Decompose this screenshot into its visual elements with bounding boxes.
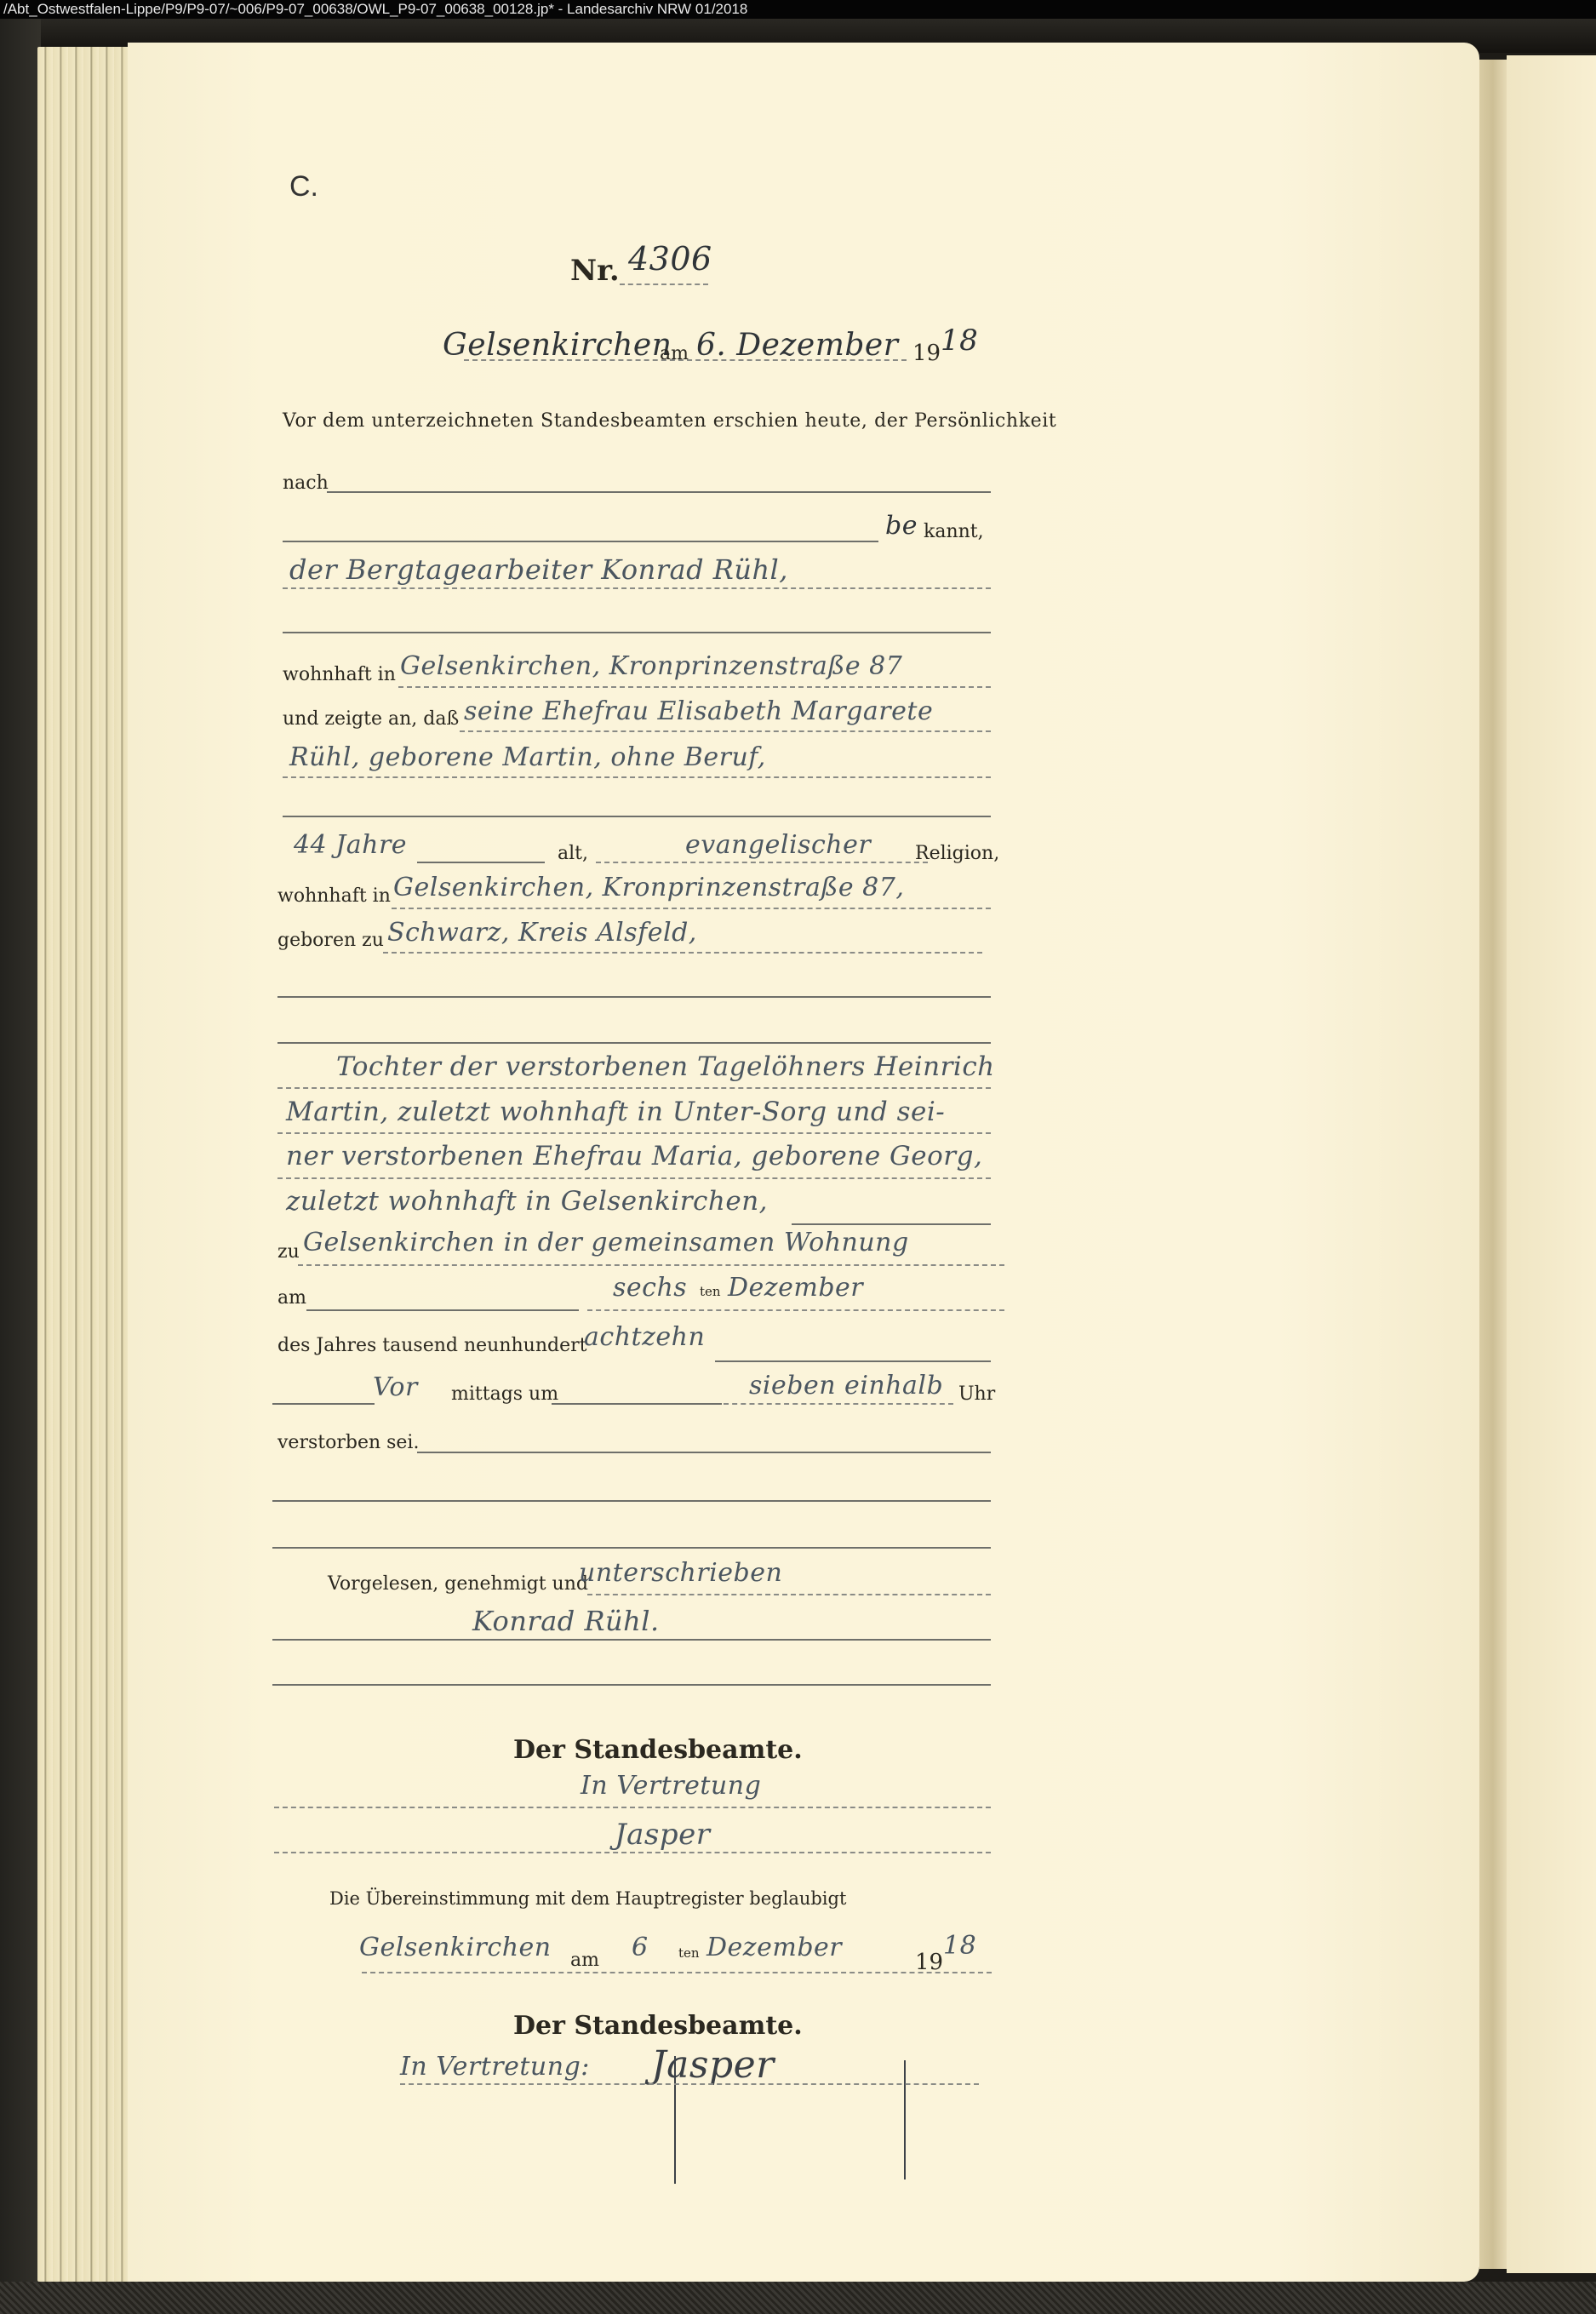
- informant-signature: Konrad Rühl.: [472, 1605, 660, 1637]
- informant-occupation-name: der Bergtagearbeiter Konrad Rühl,: [289, 553, 788, 586]
- parents-rule-1: [277, 1087, 991, 1089]
- header-place: Gelsenkirchen: [443, 328, 672, 363]
- registrar-deputy-line: [274, 1807, 991, 1808]
- death-month: Dezember: [728, 1273, 863, 1303]
- cert-deputy: In Vertretung:: [400, 2052, 590, 2082]
- blank-line-4: [277, 1042, 991, 1044]
- cert-am-label: am: [570, 1950, 599, 1971]
- registrar-heading: Der Standesbeamte.: [513, 1735, 803, 1765]
- cert-day-suffix: ten: [678, 1945, 700, 1961]
- age-label: alt,: [558, 843, 588, 864]
- death-place-label: zu: [277, 1241, 300, 1263]
- read-approved-label: Vorgelesen, genehmigt und: [328, 1573, 588, 1595]
- cert-month: Dezember: [706, 1933, 842, 1962]
- parents-line4: zuletzt wohnhaft in Gelsenkirchen,: [286, 1186, 768, 1217]
- informant-signature-line: [272, 1639, 991, 1641]
- religion-label: Religion,: [915, 843, 999, 864]
- death-day: sechs: [613, 1273, 687, 1303]
- header-year-suffix: 18: [941, 324, 978, 358]
- read-approved-hand: unterschrieben: [579, 1558, 782, 1588]
- death-place: Gelsenkirchen in der gemeinsamen Wohnung: [303, 1228, 909, 1257]
- blank-line-6: [272, 1547, 991, 1549]
- bekannt-print: kannt,: [924, 521, 984, 542]
- blank-line-2: [283, 816, 991, 817]
- uhr-label: Uhr: [958, 1383, 995, 1405]
- signature-stroke-2: [904, 2060, 906, 2179]
- died-label: verstorben sei.: [277, 1432, 419, 1453]
- death-time-line: [724, 1403, 953, 1405]
- time-prefix-line: [272, 1403, 375, 1405]
- born-place: Schwarz, Kreis Alsfeld,: [387, 918, 697, 948]
- death-record-form: C. Nr. 4306 Gelsenkirchen am 6. Dezember…: [0, 0, 1596, 2314]
- religion-line: [596, 862, 928, 863]
- parents-rule-4: [792, 1223, 991, 1225]
- header-date-line: [464, 359, 907, 361]
- bekannt-hand: be: [885, 511, 918, 541]
- blank-line-7: [272, 1684, 991, 1686]
- death-time: sieben einhalb: [749, 1371, 943, 1400]
- deceased-name-line2: Rühl, geborene Martin, ohne Beruf,: [289, 742, 766, 772]
- time-prefix: Vor: [373, 1372, 418, 1402]
- born-line: [383, 952, 982, 954]
- died-line: [417, 1452, 991, 1453]
- deceased-line1: [460, 730, 991, 732]
- cert-place: Gelsenkirchen: [359, 1933, 552, 1962]
- death-month-line: [587, 1309, 1004, 1311]
- parents-rule-2: [277, 1132, 991, 1134]
- cert-registrar-heading: Der Standesbeamte.: [513, 2011, 803, 2041]
- header-year-prefix: 19: [912, 341, 941, 366]
- header-am-label: am: [660, 343, 689, 364]
- signature-stroke-1: [674, 2056, 676, 2184]
- informant-residence-label: wohnhaft in: [283, 664, 396, 685]
- blank-line-3: [277, 996, 991, 998]
- parents-line2: Martin, zuletzt wohnhaft in Unter-Sorg u…: [286, 1097, 945, 1127]
- cert-day: 6: [632, 1933, 649, 1962]
- age-line: [417, 862, 545, 863]
- record-number: 4306: [628, 240, 712, 278]
- death-day-blank-line: [306, 1309, 579, 1311]
- nach-line: [327, 491, 991, 493]
- mittags-label: mittags um: [451, 1383, 558, 1405]
- announced-label: und zeigte an, daß: [283, 708, 459, 730]
- blank-line-5: [272, 1500, 991, 1502]
- death-day-label: am: [277, 1287, 306, 1309]
- cert-signature: Jasper: [651, 2043, 775, 2087]
- bekannt-line: [283, 541, 878, 542]
- header-date: 6. Dezember: [696, 328, 898, 363]
- registrar-signature: Jasper: [615, 1818, 711, 1852]
- cert-year-suffix: 18: [943, 1931, 976, 1961]
- nach-label: nach: [283, 473, 329, 494]
- born-label: geboren zu: [277, 930, 384, 951]
- cert-date-line: [362, 1972, 992, 1973]
- death-place-line: [298, 1264, 1004, 1266]
- informant-residence-line: [398, 686, 991, 688]
- informant-line: [283, 587, 991, 589]
- cert-signature-line: [400, 2083, 979, 2085]
- parents-line1: Tochter der verstorbenen Tagelöhners Hei…: [336, 1051, 995, 1082]
- record-number-label: Nr.: [570, 254, 620, 288]
- time-blank-line: [552, 1403, 722, 1405]
- registrar-signature-line: [274, 1852, 991, 1853]
- intro-text: Vor dem unterzeichneten Standesbeamten e…: [283, 410, 1056, 432]
- death-year-hand: achtzehn: [584, 1322, 705, 1352]
- year-label: des Jahres tausend neunhundert: [277, 1335, 586, 1356]
- parents-rule-3: [277, 1177, 991, 1179]
- deceased-name-line1: seine Ehefrau Elisabeth Margarete: [464, 696, 933, 726]
- deceased-residence-label: wohnhaft in: [277, 885, 391, 907]
- deceased-residence: Gelsenkirchen, Kronprinzenstraße 87,: [393, 873, 904, 902]
- registrar-deputy: In Vertretung: [581, 1771, 761, 1801]
- series-letter: C.: [289, 170, 318, 203]
- deceased-religion: evangelischer: [685, 830, 871, 860]
- read-approved-line: [587, 1594, 991, 1595]
- certification-label: Die Übereinstimmung mit dem Hauptregiste…: [329, 1888, 846, 1909]
- informant-residence: Gelsenkirchen, Kronprinzenstraße 87: [400, 651, 902, 681]
- deceased-age: 44 Jahre: [294, 830, 407, 860]
- deceased-residence-line: [392, 908, 991, 909]
- year-line: [715, 1360, 991, 1362]
- number-line: [620, 284, 708, 285]
- death-day-suffix: ten: [700, 1284, 721, 1299]
- deceased-line2: [283, 776, 991, 778]
- blank-line-1: [283, 632, 991, 633]
- parents-line3: ner verstorbenen Ehefrau Maria, geborene…: [286, 1141, 982, 1171]
